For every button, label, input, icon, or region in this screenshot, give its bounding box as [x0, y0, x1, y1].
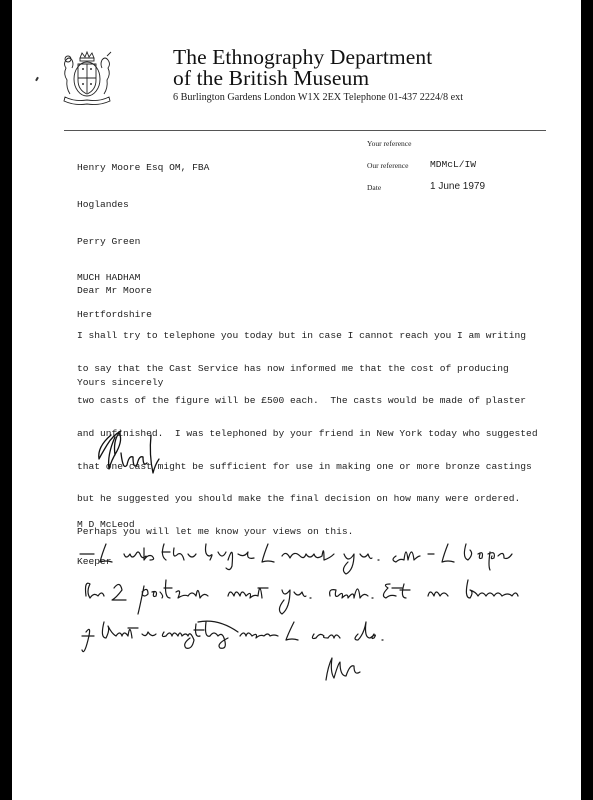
recipient-line: Perry Green — [77, 236, 209, 248]
royal-coat-of-arms-icon — [60, 50, 114, 106]
body-line: but he suggested you should make the fin… — [77, 494, 538, 505]
salutation: Dear Mr Moore — [77, 285, 152, 297]
body-line: two casts of the figure will be £500 eac… — [77, 396, 538, 407]
letterhead-title-line1: The Ethnography Department — [173, 47, 432, 68]
recipient-line: Hoglandes — [77, 199, 209, 211]
body-line: to say that the Cast Service has now inf… — [77, 364, 538, 375]
letterhead-address: 6 Burlington Gardens London W1X 2EX Tele… — [173, 92, 463, 103]
letterhead-divider — [64, 130, 546, 131]
handwritten-postscript — [78, 540, 558, 690]
recipient-line: Henry Moore Esq OM, FBA — [77, 162, 209, 174]
scan-speck — [35, 77, 39, 81]
letterhead-title-line2: of the British Museum — [173, 68, 432, 89]
signatory-name: M D McLeod — [77, 519, 135, 531]
date-label: Date — [367, 183, 381, 192]
recipient-line: MUCH HADHAM — [77, 272, 209, 284]
our-reference-value: MDMcL/IW — [430, 159, 476, 171]
handwritten-signature-icon — [93, 425, 173, 477]
scan-border-right — [581, 0, 593, 800]
closing: Yours sincerely — [77, 377, 163, 389]
body-line: Perhaps you will let me know your views … — [77, 527, 538, 538]
our-reference-label: Our reference — [367, 161, 408, 170]
your-reference-label: Your reference — [367, 139, 411, 148]
recipient-address: Henry Moore Esq OM, FBA Hoglandes Perry … — [77, 138, 209, 333]
scan-border-left — [0, 0, 12, 800]
body-line: I shall try to telephone you today but i… — [77, 331, 538, 342]
letterhead-title: The Ethnography Department of the Britis… — [173, 47, 432, 89]
date-value: 1 June 1979 — [430, 181, 485, 192]
